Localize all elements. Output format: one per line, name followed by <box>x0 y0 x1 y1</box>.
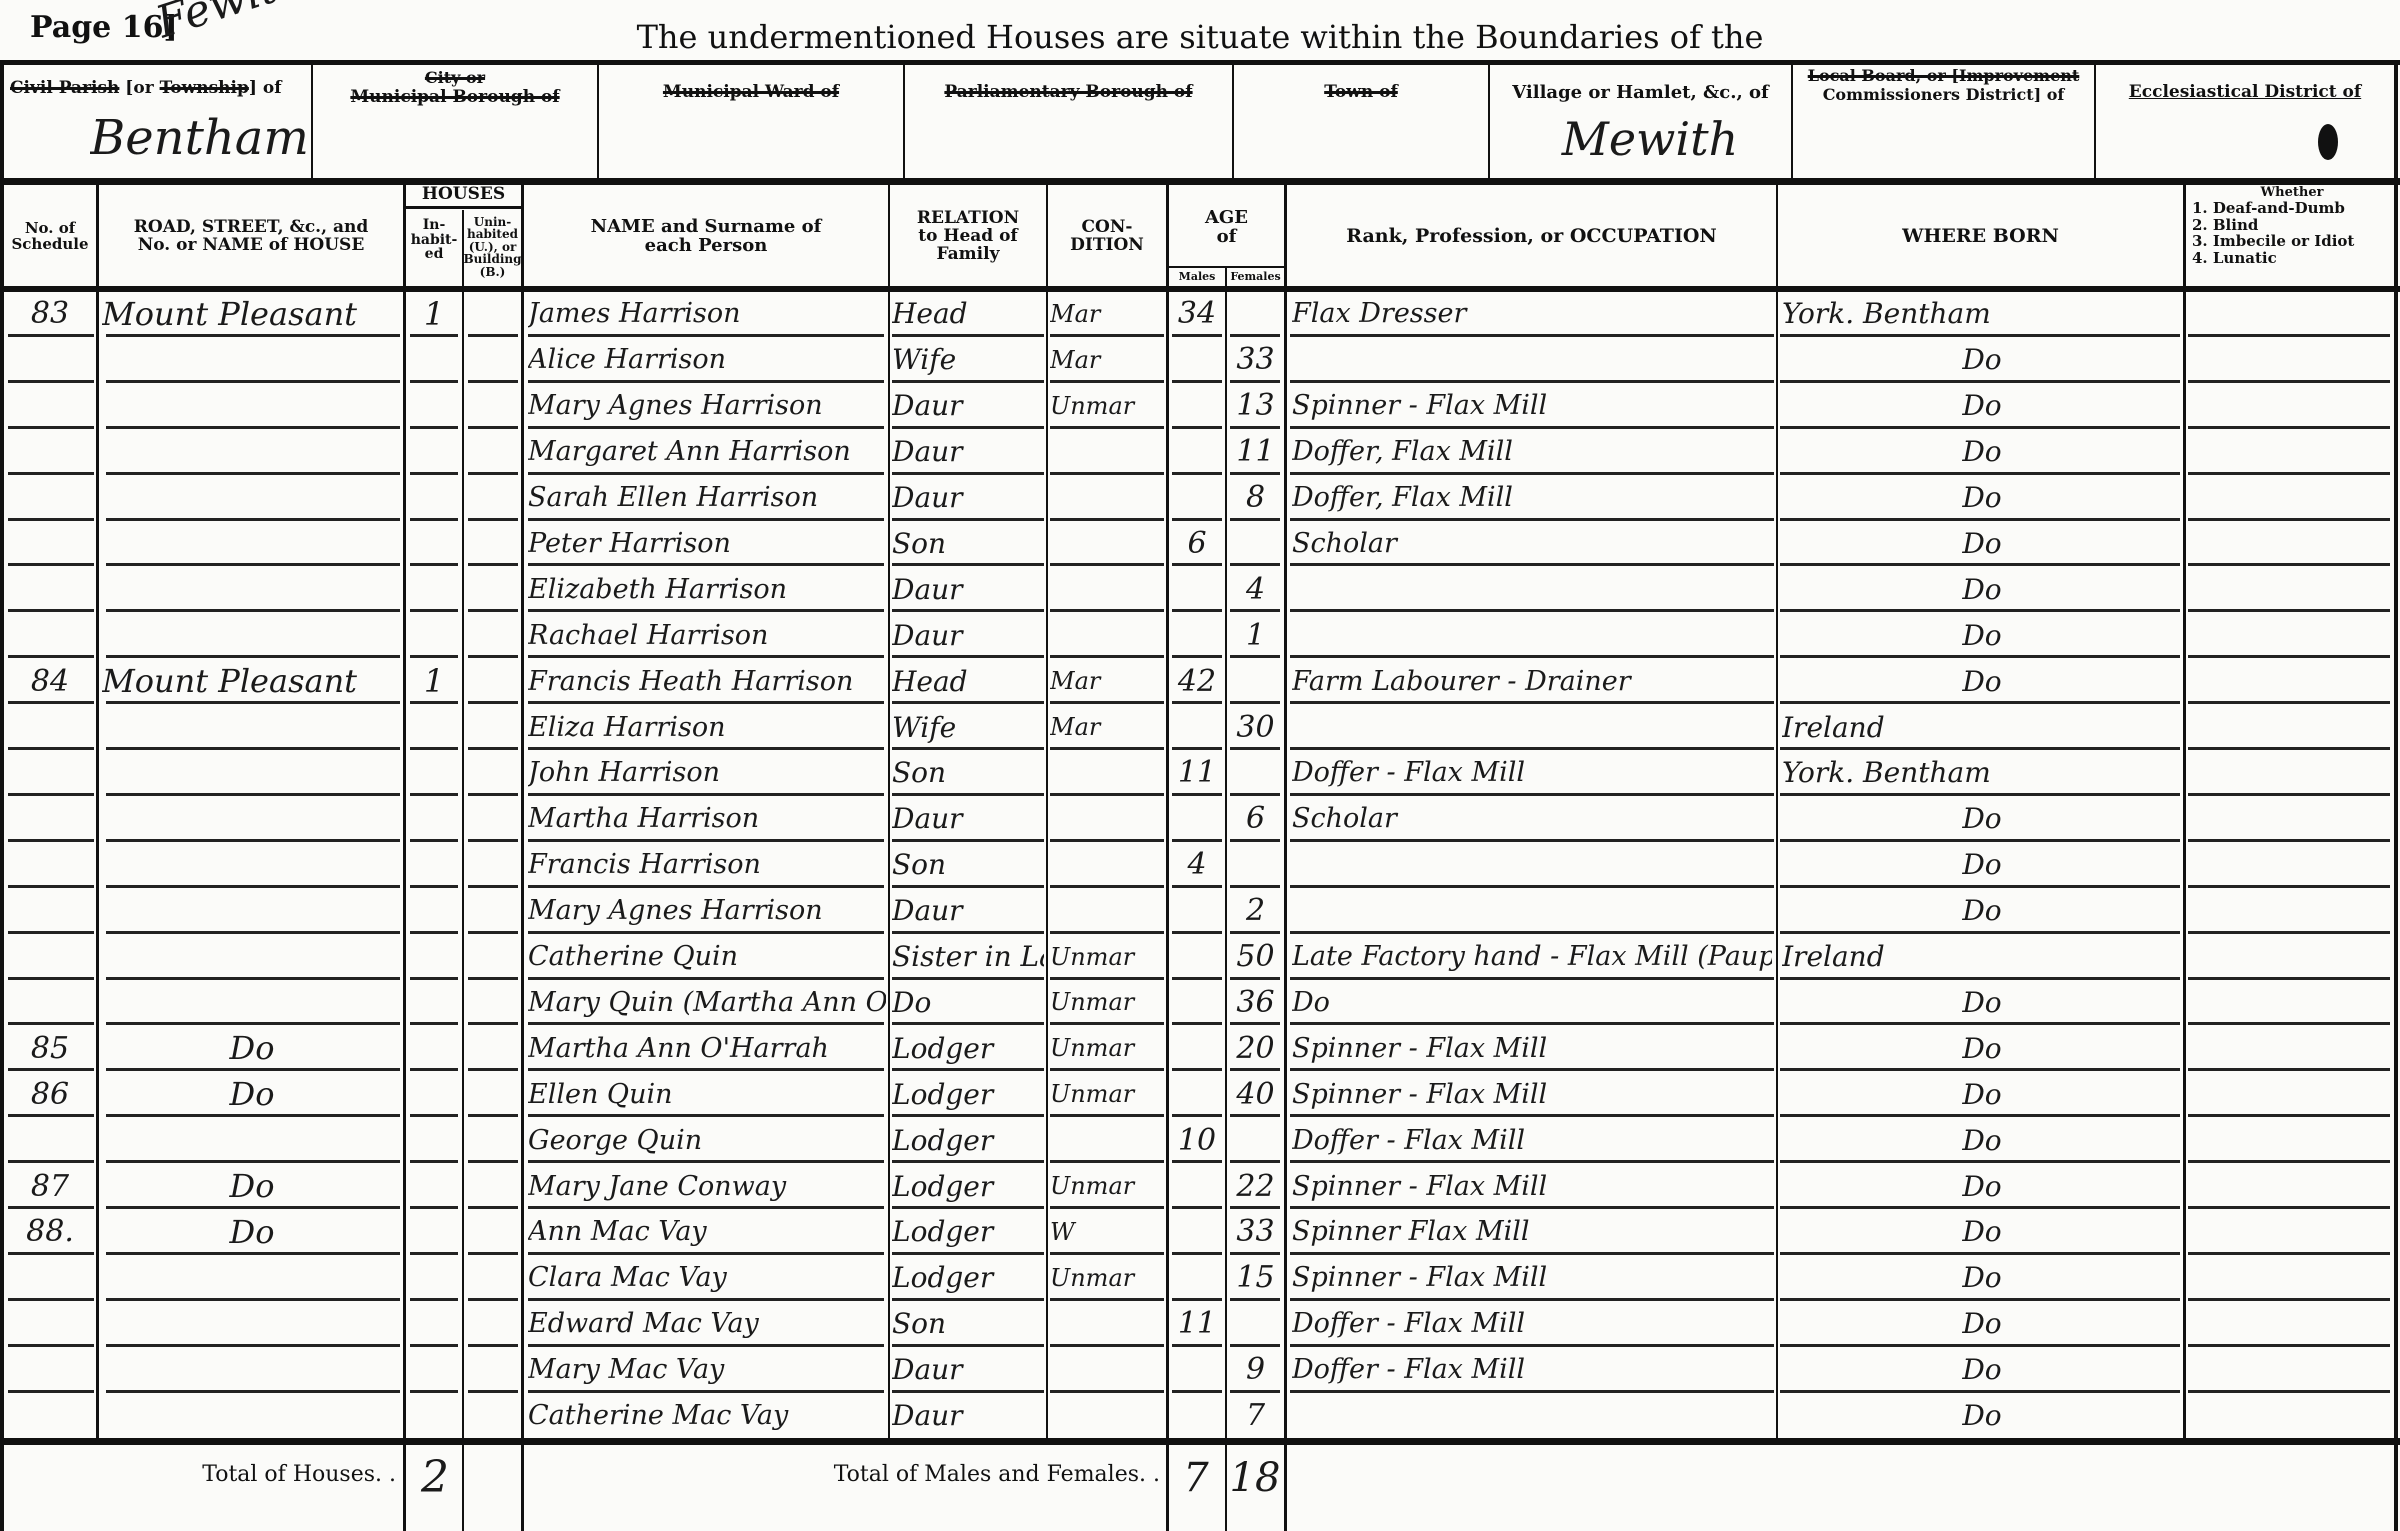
cell-inhabited <box>406 842 462 888</box>
cell-male-age <box>1169 429 1225 475</box>
cell-schedule: 85 <box>4 1025 96 1071</box>
cell-inhabited <box>406 1393 462 1439</box>
total-females-value: 18 <box>1228 1455 1282 1501</box>
cell-uninhabited <box>464 750 521 796</box>
cell-road <box>102 888 402 934</box>
cell-male-age <box>1169 1393 1225 1439</box>
cell-female-age: 7 <box>1227 1393 1284 1439</box>
cell-relation: Lodger <box>892 1071 1044 1117</box>
cell-female-age: 11 <box>1227 429 1284 475</box>
cell-inhabited <box>406 796 462 842</box>
cell-road <box>102 1301 402 1347</box>
cell-name: Eliza Harrison <box>528 704 886 750</box>
cell-name: Edward Mac Vay <box>528 1301 886 1347</box>
header-occupation: Rank, Profession, or OCCUPATION <box>1287 190 1776 284</box>
cell-inhabited <box>406 888 462 934</box>
cell-schedule <box>4 566 96 612</box>
cell-name: Mary Mac Vay <box>528 1347 886 1393</box>
cell-road <box>102 475 402 521</box>
cell-condition <box>1050 429 1164 475</box>
cell-uninhabited <box>464 1393 521 1439</box>
cell-uninhabited <box>464 521 521 567</box>
label-municipal-borough: Municipal Borough of <box>313 87 597 107</box>
cell-schedule <box>4 750 96 796</box>
cell-road: Do <box>102 1163 402 1209</box>
cell-uninhabited <box>464 796 521 842</box>
cell-born: Ireland <box>1782 704 2182 750</box>
cell-male-age: 10 <box>1169 1117 1225 1163</box>
row-rule <box>2188 931 2390 934</box>
cell-name: Alice Harrison <box>528 337 886 383</box>
row-rule <box>2188 839 2390 842</box>
cell-male-age <box>1169 337 1225 383</box>
cell-occupation: Spinner - Flax Mill <box>1292 1025 1772 1071</box>
cell-inhabited <box>406 934 462 980</box>
cell-female-age: 8 <box>1227 475 1284 521</box>
cell-female-age: 1 <box>1227 612 1284 658</box>
cell-name: Ann Mac Vay <box>528 1209 886 1255</box>
label-commissioners-district: Commissioners District] of <box>1793 85 2094 104</box>
cell-occupation <box>1292 337 1772 383</box>
cell-name: George Quin <box>528 1117 886 1163</box>
cell-occupation: Do <box>1292 980 1772 1026</box>
cell-condition: W <box>1050 1209 1164 1255</box>
cell-relation: Lodger <box>892 1117 1044 1163</box>
cell-born: Do <box>1782 521 2182 567</box>
cell-condition <box>1050 796 1164 842</box>
cell-occupation <box>1292 612 1772 658</box>
row-rule <box>2188 472 2390 475</box>
label-of: ] of <box>249 78 282 98</box>
cell-born: Do <box>1782 1255 2182 1301</box>
cell-uninhabited <box>464 934 521 980</box>
cell-name: Mary Agnes Harrison <box>528 888 886 934</box>
cell-condition: Mar <box>1050 337 1164 383</box>
total-males-value: 7 <box>1170 1455 1222 1501</box>
cell-schedule <box>4 475 96 521</box>
cell-inhabited <box>406 612 462 658</box>
cell-relation: Son <box>892 750 1044 796</box>
cell-female-age: 30 <box>1227 704 1284 750</box>
cell-male-age <box>1169 1071 1225 1117</box>
district-village-value: Mewith <box>1520 112 1780 166</box>
cell-schedule <box>4 612 96 658</box>
cell-uninhabited <box>464 842 521 888</box>
cell-female-age <box>1227 521 1284 567</box>
cell-road <box>102 383 402 429</box>
cell-female-age: 6 <box>1227 796 1284 842</box>
row-rule <box>2188 1390 2390 1393</box>
cell-schedule <box>4 1117 96 1163</box>
cell-name: Mary Jane Conway <box>528 1163 886 1209</box>
cell-uninhabited <box>464 1117 521 1163</box>
cell-uninhabited <box>464 1163 521 1209</box>
row-rule <box>2188 701 2390 704</box>
cell-male-age <box>1169 934 1225 980</box>
cell-female-age: 50 <box>1227 934 1284 980</box>
cell-road: Do <box>102 1209 402 1255</box>
cell-uninhabited <box>464 429 521 475</box>
cell-inhabited <box>406 429 462 475</box>
cell-male-age <box>1169 1025 1225 1071</box>
cell-condition <box>1050 1117 1164 1163</box>
row-rule <box>2188 1114 2390 1117</box>
cell-inhabited: 1 <box>406 291 462 337</box>
district-municipal-ward-label: Municipal Ward of <box>599 82 903 102</box>
cell-male-age: 6 <box>1169 521 1225 567</box>
cell-road: Do <box>102 1025 402 1071</box>
cell-occupation <box>1292 888 1772 934</box>
label-or: [or <box>119 78 159 98</box>
row-rule <box>2188 885 2390 888</box>
cell-inhabited <box>406 1255 462 1301</box>
cell-male-age <box>1169 1209 1225 1255</box>
cell-inhabited <box>406 1301 462 1347</box>
cell-condition: Unmar <box>1050 383 1164 429</box>
cell-relation: Daur <box>892 1393 1044 1439</box>
cell-occupation <box>1292 1393 1772 1439</box>
cell-born: Do <box>1782 980 2182 1026</box>
cell-occupation: Spinner - Flax Mill <box>1292 383 1772 429</box>
cell-born: Do <box>1782 383 2182 429</box>
cell-uninhabited <box>464 1255 521 1301</box>
cell-uninhabited <box>464 475 521 521</box>
cell-name: James Harrison <box>528 291 886 337</box>
total-persons-label: Total of Males and Females. . <box>700 1462 1160 1487</box>
cell-occupation: Flax Dresser <box>1292 291 1772 337</box>
page-heading: The undermentioned Houses are situate wi… <box>0 18 2400 56</box>
cell-condition: Unmar <box>1050 1255 1164 1301</box>
cell-schedule <box>4 337 96 383</box>
row-rule <box>2188 1252 2390 1255</box>
cell-relation: Head <box>892 291 1044 337</box>
header-road: ROAD, STREET, &c., and No. or NAME of HO… <box>99 190 403 284</box>
cell-born: Do <box>1782 1209 2182 1255</box>
cell-female-age: 36 <box>1227 980 1284 1026</box>
cell-name: Catherine Quin <box>528 934 886 980</box>
infirmity-item-lunatic: 4. Lunatic <box>2192 250 2392 267</box>
cell-name: Clara Mac Vay <box>528 1255 886 1301</box>
cell-inhabited <box>406 1347 462 1393</box>
cell-female-age: 2 <box>1227 888 1284 934</box>
cell-occupation: Farm Labourer - Drainer <box>1292 658 1772 704</box>
cell-road: Mount Pleasant <box>102 658 402 704</box>
cell-condition <box>1050 888 1164 934</box>
row-rule <box>2188 563 2390 566</box>
cell-born: York. Bentham <box>1782 750 2182 796</box>
cell-male-age: 42 <box>1169 658 1225 704</box>
cell-schedule <box>4 704 96 750</box>
cell-relation: Daur <box>892 612 1044 658</box>
cell-condition: Unmar <box>1050 980 1164 1026</box>
cell-uninhabited <box>464 1301 521 1347</box>
cell-road <box>102 337 402 383</box>
district-village-label: Village or Hamlet, &c., of <box>1490 82 1791 103</box>
cell-road <box>102 750 402 796</box>
district-town-label: Town of <box>1234 82 1488 102</box>
row-rule <box>2188 747 2390 750</box>
cell-female-age: 15 <box>1227 1255 1284 1301</box>
cell-name: Mary Quin (Martha Ann O'Ha struck) <box>528 980 886 1026</box>
cell-female-age <box>1227 291 1284 337</box>
cell-schedule <box>4 429 96 475</box>
cell-relation: Daur <box>892 1347 1044 1393</box>
cell-schedule <box>4 521 96 567</box>
cell-road <box>102 1347 402 1393</box>
cell-condition: Mar <box>1050 658 1164 704</box>
cell-inhabited <box>406 980 462 1026</box>
cell-schedule <box>4 934 96 980</box>
cell-female-age: 33 <box>1227 337 1284 383</box>
header-infirmity: Whether 1. Deaf-and-Dumb 2. Blind 3. Imb… <box>2192 186 2392 266</box>
cell-female-age <box>1227 1301 1284 1347</box>
cell-inhabited <box>406 1025 462 1071</box>
row-rule <box>2188 1022 2390 1025</box>
cell-occupation: Doffer, Flax Mill <box>1292 429 1772 475</box>
cell-occupation: Scholar <box>1292 521 1772 567</box>
cell-schedule <box>4 1255 96 1301</box>
cell-born: Do <box>1782 1025 2182 1071</box>
cell-occupation <box>1292 704 1772 750</box>
cell-born: Do <box>1782 1347 2182 1393</box>
cell-condition: Unmar <box>1050 1025 1164 1071</box>
cell-name: Elizabeth Harrison <box>528 566 886 612</box>
cell-name: John Harrison <box>528 750 886 796</box>
cell-condition <box>1050 1393 1164 1439</box>
cell-name: Martha Ann O'Harrah <box>528 1025 886 1071</box>
cell-inhabited <box>406 475 462 521</box>
header-houses: HOUSES <box>406 184 521 206</box>
cell-inhabited <box>406 383 462 429</box>
cell-schedule <box>4 383 96 429</box>
cell-name: Martha Harrison <box>528 796 886 842</box>
cell-born: Do <box>1782 612 2182 658</box>
cell-born: Do <box>1782 796 2182 842</box>
cell-relation: Wife <box>892 337 1044 383</box>
cell-condition: Unmar <box>1050 1071 1164 1117</box>
infirmity-item-imbecile: 3. Imbecile or Idiot <box>2192 233 2392 250</box>
cell-name: Francis Harrison <box>528 842 886 888</box>
cell-uninhabited <box>464 612 521 658</box>
cell-road <box>102 1255 402 1301</box>
cell-road <box>102 1117 402 1163</box>
cell-schedule: 88. <box>4 1209 96 1255</box>
cell-female-age: 33 <box>1227 1209 1284 1255</box>
cell-uninhabited <box>464 704 521 750</box>
row-rule <box>2188 793 2390 796</box>
cell-female-age: 20 <box>1227 1025 1284 1071</box>
cell-road <box>102 1393 402 1439</box>
cell-male-age: 34 <box>1169 291 1225 337</box>
cell-relation: Daur <box>892 888 1044 934</box>
cell-schedule <box>4 1393 96 1439</box>
cell-occupation: Spinner - Flax Mill <box>1292 1163 1772 1209</box>
cell-condition <box>1050 842 1164 888</box>
row-rule <box>2188 609 2390 612</box>
cell-road <box>102 796 402 842</box>
cell-schedule <box>4 1347 96 1393</box>
cell-male-age: 11 <box>1169 1301 1225 1347</box>
district-ecclesiastical-label: Ecclesiastical District of <box>2096 82 2394 102</box>
cell-born: Do <box>1782 566 2182 612</box>
cell-condition <box>1050 612 1164 658</box>
cell-condition <box>1050 521 1164 567</box>
cell-uninhabited <box>464 1025 521 1071</box>
label-local-board: Local Board, or [Improvement <box>1793 66 2094 85</box>
district-municipal-borough-label: City or Municipal Borough of <box>313 68 597 107</box>
cell-uninhabited <box>464 658 521 704</box>
cell-schedule <box>4 796 96 842</box>
cell-road <box>102 934 402 980</box>
cell-relation: Daur <box>892 566 1044 612</box>
cell-road <box>102 429 402 475</box>
cell-born: Do <box>1782 1117 2182 1163</box>
cell-occupation: Spinner - Flax Mill <box>1292 1255 1772 1301</box>
district-civil-parish-value: Bentham <box>90 110 309 166</box>
cell-condition <box>1050 750 1164 796</box>
cell-road <box>102 704 402 750</box>
header-schedule: No. of Schedule <box>4 190 96 284</box>
cell-born: Do <box>1782 429 2182 475</box>
cell-female-age <box>1227 658 1284 704</box>
header-uninhabited: Unin-habited (U.), or Building (B.) <box>464 208 521 286</box>
cell-inhabited: 1 <box>406 658 462 704</box>
cell-male-age <box>1169 1347 1225 1393</box>
cell-occupation: Doffer - Flax Mill <box>1292 1347 1772 1393</box>
cell-male-age <box>1169 612 1225 658</box>
cell-schedule <box>4 888 96 934</box>
cell-female-age: 40 <box>1227 1071 1284 1117</box>
cell-condition: Unmar <box>1050 934 1164 980</box>
cell-name: Rachael Harrison <box>528 612 886 658</box>
cell-born: Do <box>1782 888 2182 934</box>
cell-name: Peter Harrison <box>528 521 886 567</box>
cell-relation: Wife <box>892 704 1044 750</box>
cell-born: Do <box>1782 658 2182 704</box>
cell-relation: Sister in Law <box>892 934 1044 980</box>
total-houses-label: Total of Houses. . <box>100 1462 396 1487</box>
cell-male-age <box>1169 383 1225 429</box>
cell-relation: Daur <box>892 429 1044 475</box>
cell-male-age <box>1169 796 1225 842</box>
cell-born: Do <box>1782 337 2182 383</box>
label-township: Township <box>160 78 249 98</box>
cell-female-age <box>1227 842 1284 888</box>
cell-schedule <box>4 1301 96 1347</box>
cell-relation: Lodger <box>892 1163 1044 1209</box>
cell-male-age <box>1169 566 1225 612</box>
cell-inhabited <box>406 750 462 796</box>
total-houses-value: 2 <box>410 1452 460 1503</box>
header-inhabited: In-habit-ed <box>406 210 462 270</box>
district-local-board-label: Local Board, or [Improvement Commissione… <box>1793 66 2094 104</box>
row-rule <box>2188 1068 2390 1071</box>
cell-condition: Unmar <box>1050 1163 1164 1209</box>
cell-female-age: 22 <box>1227 1163 1284 1209</box>
cell-inhabited <box>406 566 462 612</box>
cell-female-age <box>1227 1117 1284 1163</box>
cell-occupation: Doffer, Flax Mill <box>1292 475 1772 521</box>
cell-name: Mary Agnes Harrison <box>528 383 886 429</box>
cell-relation: Son <box>892 1301 1044 1347</box>
cell-road <box>102 612 402 658</box>
infirmity-item-blind: 2. Blind <box>2192 217 2392 234</box>
cell-inhabited <box>406 704 462 750</box>
cell-relation: Daur <box>892 796 1044 842</box>
cell-uninhabited <box>464 1209 521 1255</box>
cell-road <box>102 521 402 567</box>
cell-relation: Lodger <box>892 1209 1044 1255</box>
header-condition: CON-DITION <box>1048 190 1166 284</box>
district-civil-parish-label: Civil Parish [or Township] of <box>10 78 310 98</box>
cell-born: Do <box>1782 1393 2182 1439</box>
cell-born: Do <box>1782 475 2182 521</box>
cell-female-age: 13 <box>1227 383 1284 429</box>
cell-relation: Do <box>892 980 1044 1026</box>
cell-inhabited <box>406 337 462 383</box>
cell-occupation <box>1292 842 1772 888</box>
cell-relation: Lodger <box>892 1255 1044 1301</box>
cell-road <box>102 566 402 612</box>
cell-occupation: Doffer - Flax Mill <box>1292 1117 1772 1163</box>
infirmity-item-deaf: 1. Deaf-and-Dumb <box>2192 200 2392 217</box>
row-rule <box>2188 977 2390 980</box>
cell-occupation: Spinner Flax Mill <box>1292 1209 1772 1255</box>
cell-name: Margaret Ann Harrison <box>528 429 886 475</box>
cell-uninhabited <box>464 1347 521 1393</box>
cell-schedule: 86 <box>4 1071 96 1117</box>
cell-uninhabited <box>464 291 521 337</box>
row-rule <box>2188 1344 2390 1347</box>
cell-born: York. Bentham <box>1782 291 2182 337</box>
header-males: Males <box>1169 268 1225 286</box>
cell-occupation: Spinner - Flax Mill <box>1292 1071 1772 1117</box>
district-parliamentary-borough-label: Parliamentary Borough of <box>905 82 1232 102</box>
cell-uninhabited <box>464 888 521 934</box>
cell-male-age <box>1169 980 1225 1026</box>
cell-relation: Daur <box>892 475 1044 521</box>
cell-condition <box>1050 475 1164 521</box>
cell-road <box>102 842 402 888</box>
row-rule <box>2188 1160 2390 1163</box>
infirmity-title: Whether <box>2192 186 2392 200</box>
cell-uninhabited <box>464 383 521 429</box>
row-rule <box>2188 334 2390 337</box>
cell-occupation: Scholar <box>1292 796 1772 842</box>
cell-occupation: Doffer - Flax Mill <box>1292 1301 1772 1347</box>
cell-uninhabited <box>464 337 521 383</box>
cell-male-age <box>1169 704 1225 750</box>
label-city-or: City or <box>313 68 597 87</box>
cell-uninhabited <box>464 1071 521 1117</box>
cell-female-age: 9 <box>1227 1347 1284 1393</box>
cell-male-age <box>1169 475 1225 521</box>
cell-female-age: 4 <box>1227 566 1284 612</box>
cell-road: Mount Pleasant <box>102 291 402 337</box>
row-rule <box>2188 426 2390 429</box>
cell-relation: Daur <box>892 383 1044 429</box>
cell-schedule: 87 <box>4 1163 96 1209</box>
header-name: NAME and Surname of each Person <box>524 190 888 284</box>
cell-relation: Son <box>892 521 1044 567</box>
cell-relation: Son <box>892 842 1044 888</box>
cell-relation: Head <box>892 658 1044 704</box>
row-rule <box>2188 380 2390 383</box>
cell-schedule <box>4 842 96 888</box>
cell-inhabited <box>406 1071 462 1117</box>
cell-condition <box>1050 1301 1164 1347</box>
cell-male-age <box>1169 888 1225 934</box>
